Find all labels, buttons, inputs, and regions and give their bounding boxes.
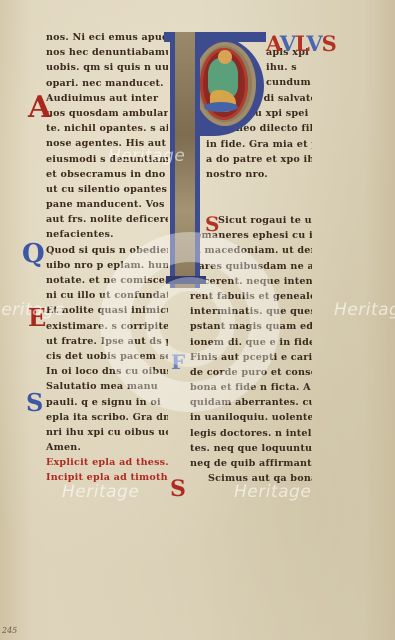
text-line: epla ita scribo. Gra dni	[46, 410, 168, 425]
manuscript-page: nos. Ni eci emus apud nos hec denuntiaba…	[0, 0, 395, 640]
red-initial-a: A	[28, 90, 51, 125]
text-line: aut frs. nolite deficere be	[46, 212, 168, 227]
watermark-logo-inner-icon	[145, 277, 235, 367]
figure-cloth-icon	[204, 102, 238, 112]
text-line: pane manducent. Vos	[46, 197, 168, 212]
red-initial-s: S	[205, 212, 219, 236]
text-line: legis doctores. n intelligen	[190, 426, 312, 441]
watermark-text: Heritage	[334, 300, 395, 320]
watermark-text: Heritage	[0, 300, 65, 320]
text-line: tes. neq que loquuntur.	[190, 441, 312, 456]
text-line: nri ihu xpi cu oibus uobis.	[46, 425, 168, 440]
text-line: te. nichil opantes. s ai	[46, 121, 168, 136]
text-line: et obsecramus in dno ihu	[46, 167, 168, 182]
red-initial-s-bottom: S	[170, 476, 186, 502]
text-line: uos quosdam ambulare inge	[46, 106, 168, 121]
text-line: Amen.	[46, 440, 168, 455]
figure-head-icon	[218, 50, 232, 64]
text-line: nos hec denuntiabamus	[46, 45, 168, 60]
text-line: nos. Ni eci emus apud	[46, 30, 168, 45]
watermark-text: Heritage	[62, 482, 139, 502]
folio-number: 245	[2, 626, 17, 635]
blue-initial-q: Q	[22, 239, 45, 269]
watermark-text: Heritage	[234, 482, 311, 502]
text-line: cundum	[266, 75, 314, 90]
text-line: neq de quib affirmant.	[190, 456, 312, 471]
text-line: ut cu silentio opantes suu	[46, 182, 168, 197]
watermark-text: Heritage	[108, 146, 185, 166]
text-line: Audiuimus aut inter	[46, 91, 168, 106]
blue-initial-s: S	[26, 388, 43, 417]
rubric-aulus: AVLVS	[266, 32, 312, 56]
text-line: in uaniloquiu. uolentes ee	[190, 410, 312, 425]
text-line: uobis. qm si quis n uult	[46, 60, 168, 75]
text-line: ihu. s	[266, 60, 314, 75]
rubric-explicit: Explicit epla ad thess. scda	[46, 455, 168, 470]
text-line: opari. nec manducet.	[46, 76, 168, 91]
